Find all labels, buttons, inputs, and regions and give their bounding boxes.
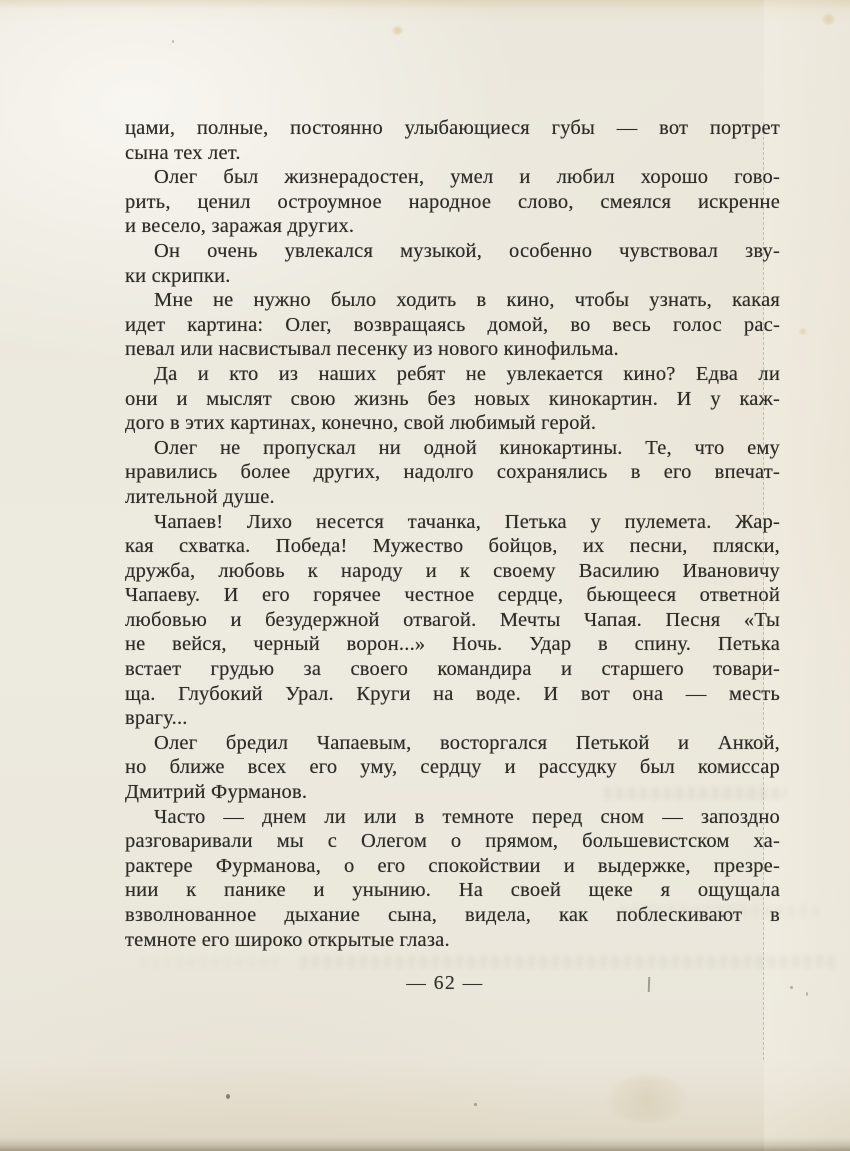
text-line: взволнованное дыхание сына, видела, как … — [125, 903, 780, 928]
text-line: не вейся, черный ворон...» Ночь. Удар в … — [125, 632, 780, 657]
paper-stain — [392, 26, 403, 35]
paper-speck — [172, 40, 174, 43]
text-line: Олег был жизнерадостен, умел и любил хор… — [125, 165, 780, 190]
bleedthrough-text-ghost — [140, 957, 280, 968]
paper-bottom-edge-shadow — [0, 1137, 850, 1151]
text-line: цами, полные, постоянно улыбающиеся губы… — [125, 116, 780, 141]
bleedthrough-text-ghost — [300, 955, 836, 969]
text-line: встает грудью за своего командира и стар… — [125, 657, 780, 682]
text-line: Он очень увлекался музыкой, особенно чув… — [125, 239, 780, 264]
text-line: нии к панике и унынию. На своей щеке я о… — [125, 878, 780, 903]
text-line: Да и кто из наших ребят не увлекается ки… — [125, 362, 780, 387]
text-line: темноте его широко открытые глаза. — [125, 928, 780, 953]
text-line: Олег бредил Чапаевым, восторгался Петько… — [125, 731, 780, 756]
text-line: лительной душе. — [125, 485, 780, 510]
paper-top-edge-tint — [0, 0, 850, 9]
text-line: но ближе всех его уму, сердцу и рассудку… — [125, 755, 780, 780]
text-line: ща. Глубокий Урал. Круги на воде. И вот … — [125, 682, 780, 707]
text-line: они и мыслят свою жизнь без новых кинока… — [125, 387, 780, 412]
text-line: дого в этих картинах, конечно, свой люби… — [125, 411, 780, 436]
scanned-book-page: цами, полные, постоянно улыбающиеся губы… — [0, 0, 850, 1151]
text-line: нравились более других, надолго сохранял… — [125, 460, 780, 485]
text-line: певал или насвистывал песенку из нового … — [125, 337, 780, 362]
text-line: кая схватка. Победа! Мужество бойцов, их… — [125, 534, 780, 559]
text-line: любовью и безудержной отвагой. Мечты Чап… — [125, 608, 780, 633]
text-line: рактере Фурманова, о его спокойствии и в… — [125, 854, 780, 879]
text-line: сына тех лет. — [125, 141, 780, 166]
text-line: Чапаев! Лихо несется тачанка, Петька у п… — [125, 510, 780, 535]
paper-stain — [608, 1076, 686, 1122]
text-line: ки скрипки. — [125, 264, 780, 289]
text-line: врагу... — [125, 706, 780, 731]
text-line: Чапаеву. И его горячее честное сердце, б… — [125, 583, 780, 608]
text-line: Часто — днем ли или в темноте перед сном… — [125, 805, 780, 830]
paper-speck — [474, 1103, 477, 1106]
text-line: и весело, заражая других. — [125, 214, 780, 239]
text-line: идет картина: Олег, возвращаясь домой, в… — [125, 313, 780, 338]
text-line: Мне не нужно было ходить в кино, чтобы у… — [125, 288, 780, 313]
text-line: дружба, любовь к народу и к своему Васил… — [125, 559, 780, 584]
page-number: — 62 — — [125, 972, 765, 996]
text-line: Дмитрий Фурманов. — [125, 780, 780, 805]
paper-speck — [226, 1094, 230, 1099]
page-text: цами, полные, постоянно улыбающиеся губы… — [125, 116, 780, 952]
text-line: Олег не пропускал ни одной кинокартины. … — [125, 436, 780, 461]
text-line: рить, ценил остроумное народное слово, с… — [125, 190, 780, 215]
text-line: разговаривали мы с Олегом о прямом, боль… — [125, 829, 780, 854]
